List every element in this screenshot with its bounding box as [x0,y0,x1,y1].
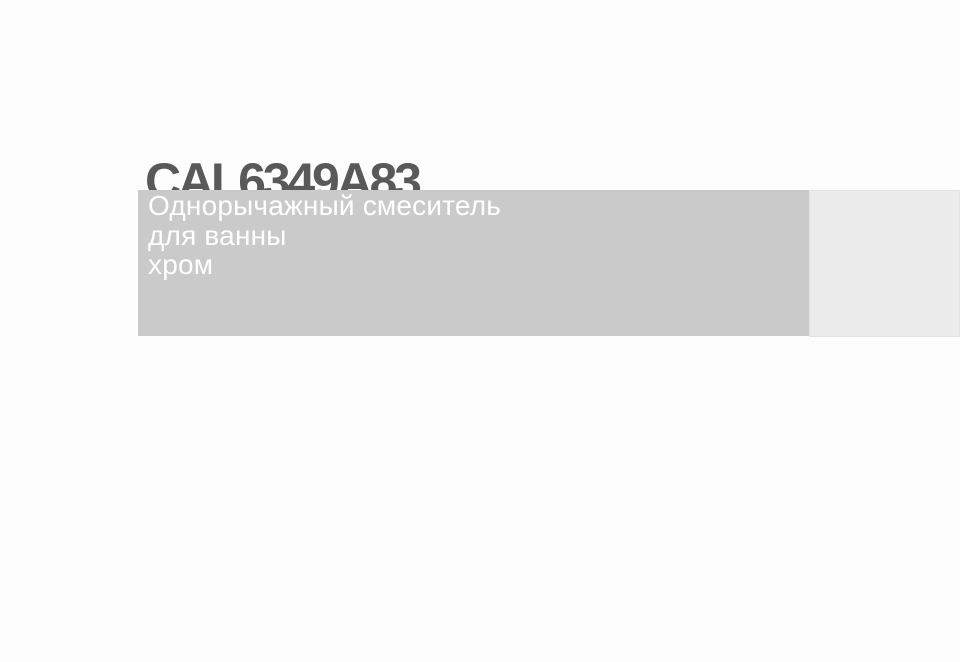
product-description-band: Однорычажный смеситель для ванны хром [138,190,809,336]
description-line-application: для ванны [148,221,501,251]
side-panel [809,190,960,337]
description-line-finish: хром [148,250,501,280]
product-description: Однорычажный смеситель для ванны хром [148,191,501,280]
description-line-product-type: Однорычажный смеситель [148,191,501,221]
